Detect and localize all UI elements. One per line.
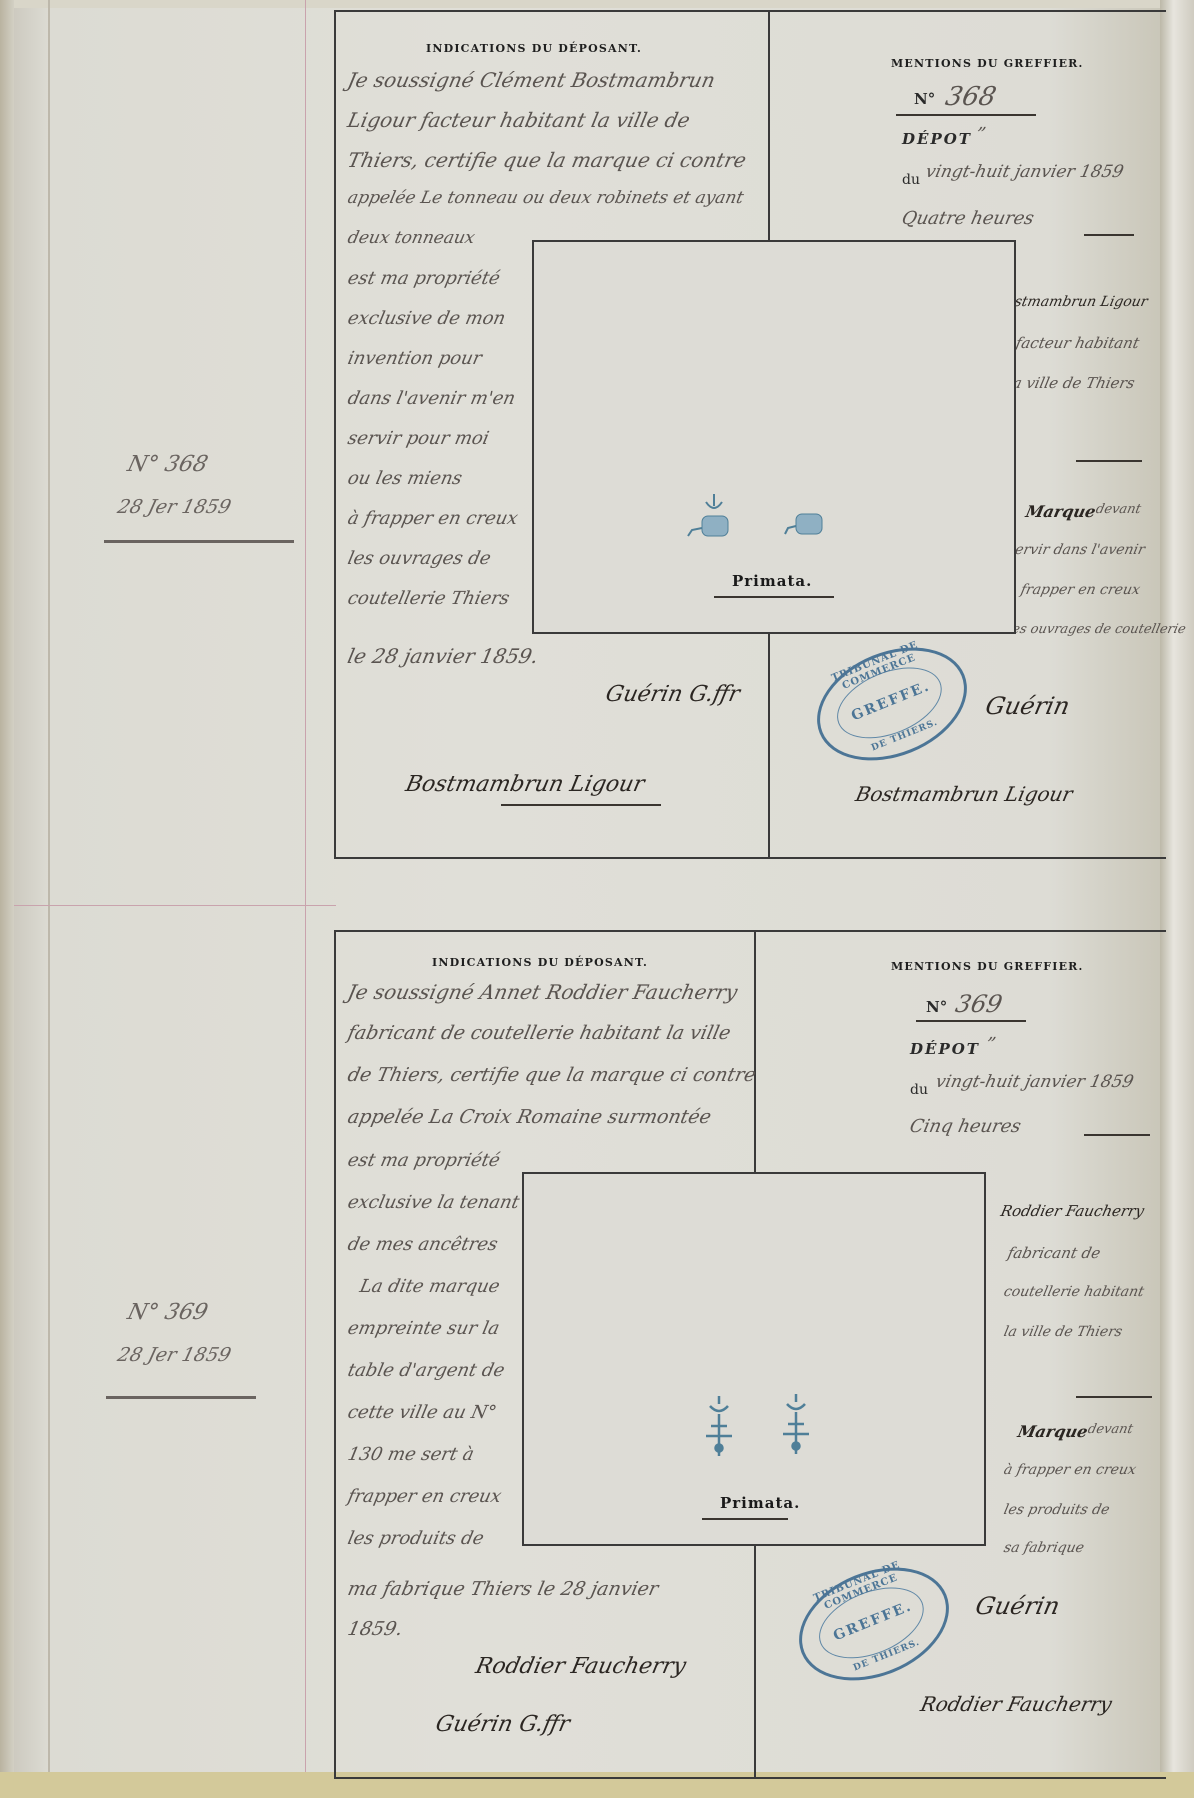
deposant-line: Je soussigné Clément Bostmambrun: [345, 68, 717, 92]
trademark-box-369: Primata.: [522, 1172, 986, 1546]
deposant-line: table d'argent de: [346, 1360, 507, 1381]
binding-rule: [48, 0, 50, 1798]
marque-text: devant: [1086, 1422, 1134, 1437]
marque-label: Marque: [1016, 1422, 1090, 1441]
hour-dash: [1084, 234, 1134, 236]
mark-name: Primata.: [732, 572, 812, 590]
deposant-line: de Thiers, certifie que la marque ci con…: [346, 1064, 758, 1086]
number-underline: [916, 1020, 1026, 1022]
margin-date-2: 28 Jer 1859: [115, 1344, 233, 1366]
deposant-date-line: le 28 janvier 1859.: [345, 644, 540, 668]
marque-text: à frapper en creux: [1006, 582, 1141, 598]
greffier-dash: [1076, 460, 1142, 462]
greffier-col-signature: Guérin: [973, 1592, 1062, 1620]
barrel-tap-mark-icon: [782, 510, 827, 540]
depot-label: DÉPOT: [910, 1040, 980, 1058]
trademark-box-368: Primata.: [532, 240, 1016, 634]
greffier-description: facteur habitant: [1014, 334, 1141, 352]
deposant-line: exclusive de mon: [346, 308, 508, 329]
depot-ditto: ”: [974, 124, 988, 145]
du-label: du: [910, 1082, 928, 1098]
deposant-line: les produits de: [346, 1528, 486, 1549]
deposant-line: appelée Le tonneau ou deux robinets et a…: [346, 188, 746, 208]
marque-text: les produits de: [1002, 1502, 1111, 1518]
margin-red-rule: [305, 0, 306, 1798]
deposant-signature: Roddier Faucherry: [473, 1654, 688, 1679]
barrel-crown-mark-icon: [684, 492, 744, 547]
greffier-signature: Guérin G.ffr: [433, 1712, 572, 1737]
greffier-header: MENTIONS DU GREFFIER.: [891, 57, 1084, 70]
entry-separator-rule: [14, 905, 336, 906]
deposit-number: 369: [953, 990, 1005, 1018]
deposant-line: fabricant de coutellerie habitant la vil…: [346, 1022, 733, 1044]
greffier-description: fabricant de: [1006, 1244, 1102, 1262]
deposant-line: dans l'avenir m'en: [346, 388, 517, 409]
greffier-deposant-name: Bostmambrun Ligour: [994, 294, 1149, 310]
mark-name-underline: [702, 1518, 788, 1520]
deposant-line: ou les miens: [346, 468, 464, 489]
du-label: du: [902, 172, 920, 188]
deposant-signature: Bostmambrun Ligour: [403, 772, 646, 797]
page-edge: [0, 0, 14, 1798]
marque-text: sa fabrique: [1002, 1540, 1085, 1556]
depot-hour: Quatre heures: [900, 208, 1036, 229]
greffier-signature: Guérin G.ffr: [603, 682, 742, 707]
greffe-stamp: TRIBUNAL DE COMMERCE GREFFE. DE THIERS.: [782, 1547, 966, 1702]
greffier-col-signature: Guérin: [983, 692, 1072, 720]
deposant-line: appelée La Croix Romaine surmontée: [346, 1106, 714, 1128]
deposant-line: exclusive la tenant: [346, 1192, 521, 1213]
margin-date-1: 28 Jer 1859: [115, 496, 233, 518]
signature-underline: [501, 804, 661, 806]
greffier-col-deposant-signature: Roddier Faucherry: [918, 1692, 1114, 1716]
marque-text: les ouvrages de coutellerie: [1006, 622, 1187, 637]
deposant-line: Thiers, certifie que la marque ci contre: [345, 148, 748, 172]
greffier-col-deposant-signature: Bostmambrun Ligour: [853, 782, 1074, 806]
deposant-line: est ma propriété: [346, 1150, 502, 1171]
lorraine-cross-mark-icon: [702, 1394, 736, 1464]
deposant-line: deux tonneaux: [346, 228, 477, 248]
number-label: N°: [914, 90, 935, 108]
number-label: N°: [926, 998, 947, 1016]
deposant-line: invention pour: [346, 348, 484, 369]
mark-name: Primata.: [720, 1494, 800, 1512]
greffier-description: la ville de Thiers: [1002, 1324, 1123, 1340]
deposant-line: 1859.: [346, 1618, 405, 1640]
marque-label: Marque: [1024, 502, 1098, 521]
deposant-line: coutellerie Thiers: [346, 588, 512, 609]
deposant-line: frapper en creux: [346, 1486, 504, 1507]
deposant-line: Ligour facteur habitant la ville de: [345, 108, 692, 132]
deposant-line: Je soussigné Annet Roddier Faucherry: [345, 980, 739, 1004]
lorraine-cross-mark-icon: [779, 1392, 813, 1462]
deposant-line: les ouvrages de: [346, 548, 493, 569]
deposant-line: La dite marque: [358, 1276, 502, 1297]
margin-number-2: N° 369: [125, 1300, 210, 1325]
greffier-description: la ville de Thiers: [1006, 374, 1136, 392]
margin-number-1: N° 368: [125, 452, 210, 477]
hour-dash: [1084, 1134, 1150, 1136]
marque-text: devant: [1094, 502, 1142, 517]
deposant-header: INDICATIONS DU DÉPOSANT.: [426, 42, 642, 55]
deposant-line: est ma propriété: [346, 268, 502, 289]
margin-underline-1: [104, 540, 294, 543]
greffier-header: MENTIONS DU GREFFIER.: [891, 960, 1084, 973]
greffier-dash: [1076, 1396, 1152, 1398]
deposant-line: ma fabrique Thiers le 28 janvier: [346, 1578, 661, 1600]
deposant-line: 130 me sert à: [346, 1444, 476, 1465]
margin-underline-2: [106, 1396, 256, 1399]
marque-text: servir dans l'avenir: [1006, 542, 1146, 558]
deposant-line: cette ville au N°: [346, 1402, 499, 1423]
depot-date: vingt-huit janvier 1859: [934, 1072, 1136, 1092]
deposant-line: empreinte sur la: [346, 1318, 502, 1339]
number-underline: [896, 114, 1036, 116]
deposant-line: à frapper en creux: [346, 508, 520, 529]
deposant-line: servir pour moi: [346, 428, 491, 449]
greffier-deposant-name: Roddier Faucherry: [999, 1202, 1146, 1220]
depot-ditto: ”: [984, 1034, 998, 1055]
greffier-description: coutellerie habitant: [1002, 1284, 1145, 1300]
deposant-line: de mes ancêtres: [346, 1234, 500, 1255]
depot-label: DÉPOT: [902, 130, 972, 148]
marque-text: à frapper en creux: [1002, 1462, 1137, 1478]
deposant-header: INDICATIONS DU DÉPOSANT.: [432, 956, 648, 969]
depot-hour: Cinq heures: [908, 1116, 1023, 1137]
deposit-number: 368: [943, 82, 999, 112]
greffe-stamp: TRIBUNAL DE COMMERCE GREFFE. DE THIERS.: [800, 627, 984, 782]
depot-date: vingt-huit janvier 1859: [924, 162, 1126, 182]
mark-name-underline: [714, 596, 834, 598]
